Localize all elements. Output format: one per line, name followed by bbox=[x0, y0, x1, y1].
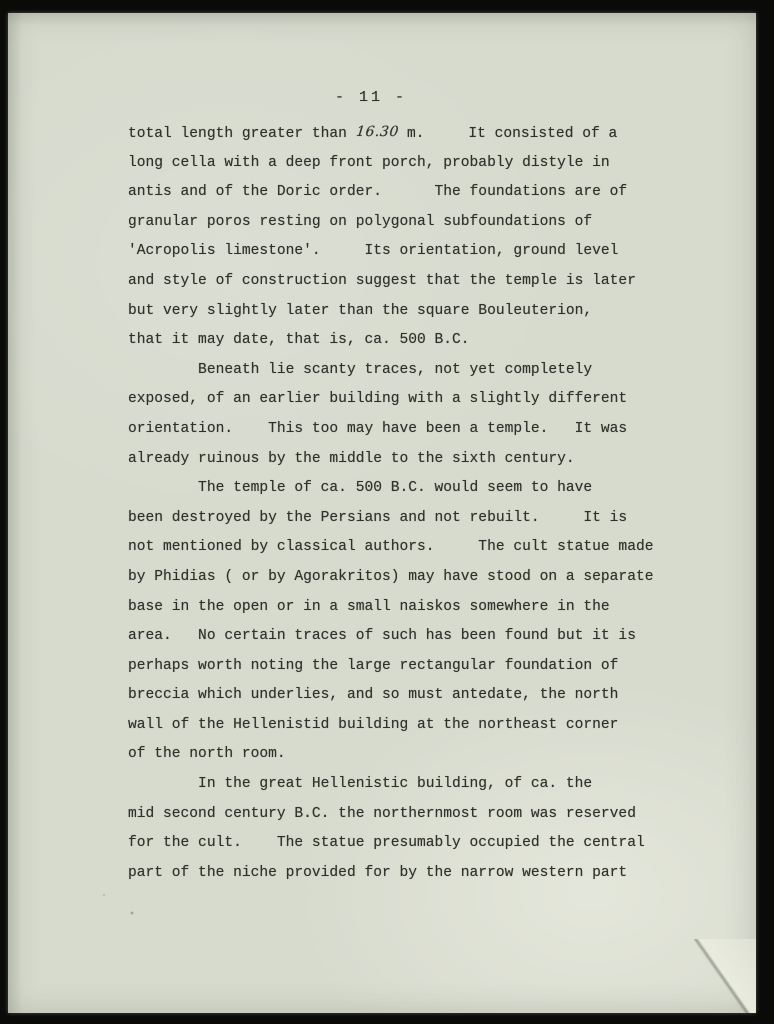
typescript-line: granular poros resting on polygonal subf… bbox=[128, 208, 708, 238]
typescript-line: mid second century B.C. the northernmost… bbox=[128, 800, 708, 830]
typescript-line: but very slightly later than the square … bbox=[128, 297, 708, 327]
typescript-line: 'Acropolis limestone'. Its orientation, … bbox=[128, 237, 708, 267]
typescript-line: and style of construction suggest that t… bbox=[128, 267, 708, 297]
typescript-line: breccia which underlies, and so must ant… bbox=[128, 681, 708, 711]
typescript-line: been destroyed by the Persians and not r… bbox=[128, 504, 708, 534]
typescript-line: area. No certain traces of such has been… bbox=[128, 622, 708, 652]
paper-sheet: - 11 - total length greater than 16.30 m… bbox=[8, 13, 756, 1013]
scanned-page: - 11 - total length greater than 16.30 m… bbox=[0, 0, 774, 1024]
typescript-line: The temple of ca. 500 B.C. would seem to… bbox=[128, 474, 708, 504]
typescript-line: total length greater than 16.30 m. It co… bbox=[128, 119, 708, 149]
typescript-line: In the great Hellenistic building, of ca… bbox=[128, 770, 708, 800]
typescript-line: not mentioned by classical authors. The … bbox=[128, 533, 708, 563]
typescript-line: base in the open or in a small naiskos s… bbox=[128, 593, 708, 623]
typescript-line: of the north room. bbox=[128, 740, 708, 770]
typescript-line: exposed, of an earlier building with a s… bbox=[128, 385, 708, 415]
typescript-line: that it may date, that is, ca. 500 B.C. bbox=[128, 326, 708, 356]
typescript-line: antis and of the Doric order. The founda… bbox=[128, 178, 708, 208]
typescript-line: for the cult. The statue presumably occu… bbox=[128, 829, 708, 859]
typescript-line: wall of the Hellenistid building at the … bbox=[128, 711, 708, 741]
typescript-line: long cella with a deep front porch, prob… bbox=[128, 149, 708, 179]
typescript-body: total length greater than 16.30 m. It co… bbox=[128, 119, 708, 888]
typescript-line: orientation. This too may have been a te… bbox=[128, 415, 708, 445]
typescript-line: part of the niche provided for by the na… bbox=[128, 859, 708, 889]
page-number: - 11 - bbox=[0, 89, 745, 106]
typescript-line: perhaps worth noting the large rectangul… bbox=[128, 652, 708, 682]
handwritten-measurement: 16.30 bbox=[354, 118, 400, 148]
typescript-line: by Phidias ( or by Agorakritos) may have… bbox=[128, 563, 708, 593]
line-text: total length greater than bbox=[128, 126, 356, 142]
typescript-line: already ruinous by the middle to the six… bbox=[128, 445, 708, 475]
line-text: m. It consisted of a bbox=[398, 126, 617, 142]
corner-fold bbox=[694, 939, 756, 1013]
typescript-line: Beneath lie scanty traces, not yet compl… bbox=[128, 356, 708, 386]
